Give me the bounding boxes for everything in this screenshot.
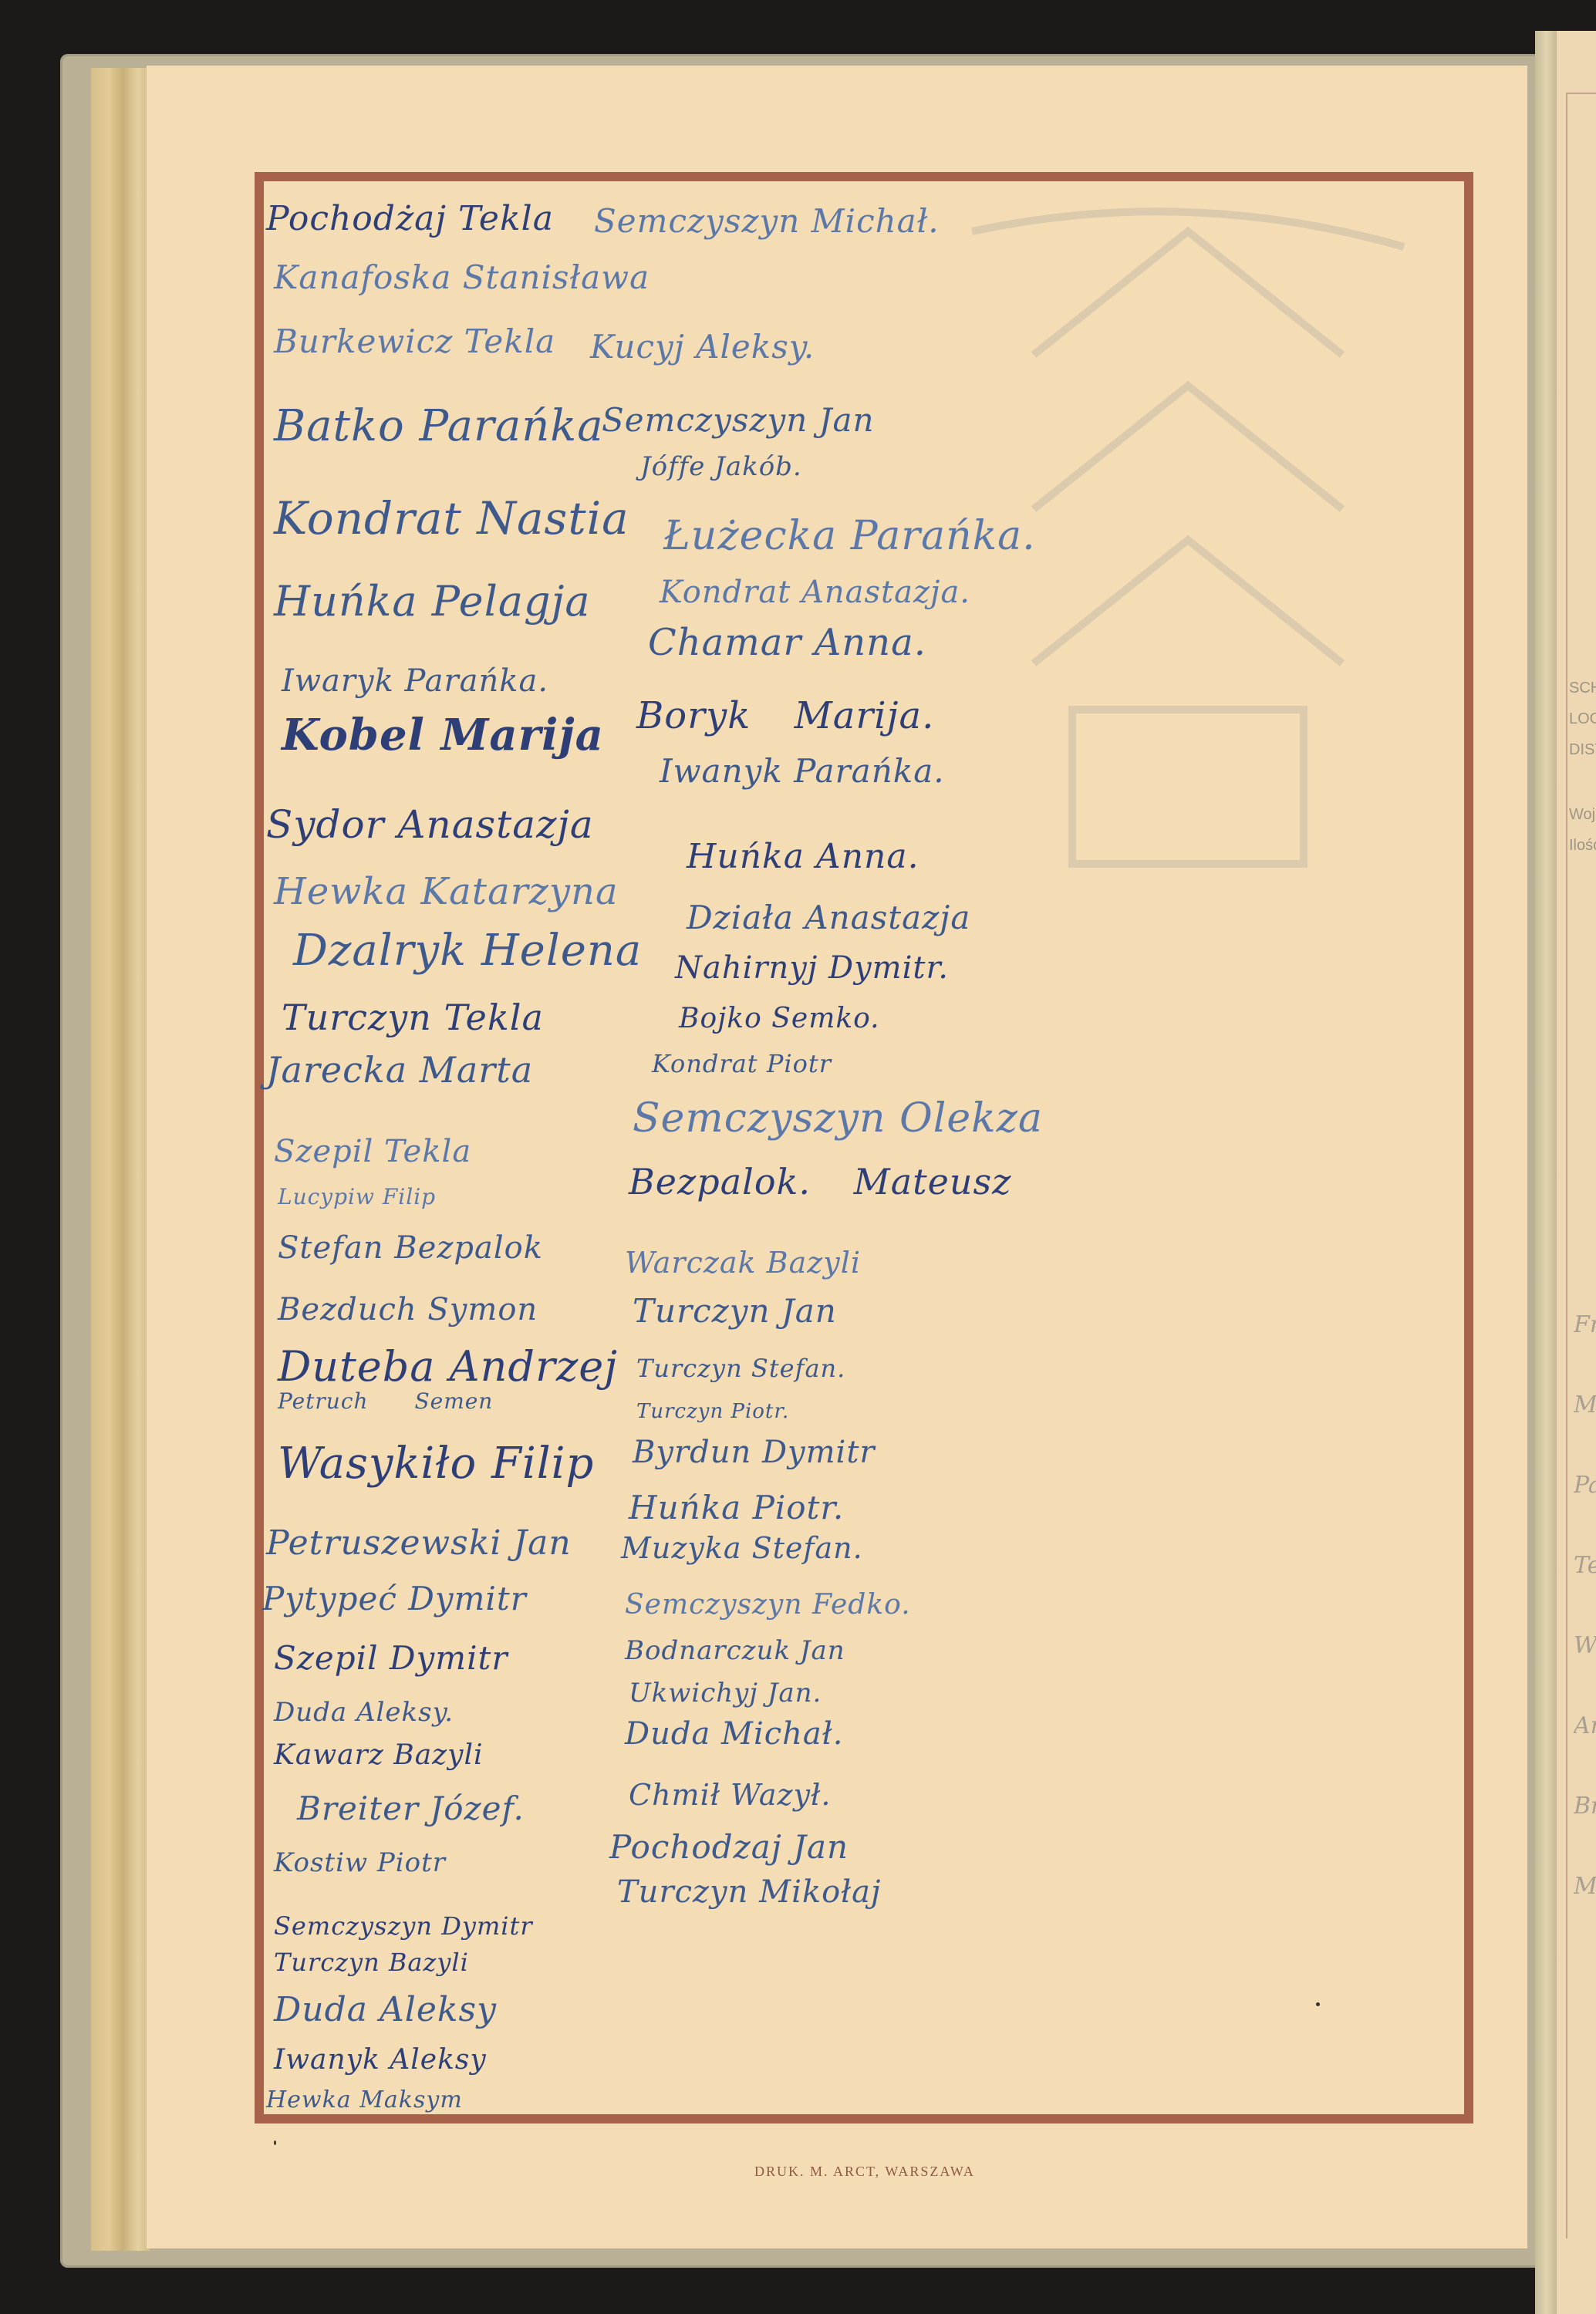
signature: Kawarz Bazyli (274, 1739, 484, 1771)
signature: Semczyszyn Michał. (594, 202, 940, 240)
signature: Hewka Maksym (266, 2086, 463, 2113)
signature: Boryk Marija. (636, 694, 934, 737)
signature: Kanafoska Stanisława (274, 258, 650, 296)
signature: Iwanyk Parańka. (660, 752, 945, 790)
signature: Turczyn Mikołaj (617, 1874, 881, 1910)
signature: Semczyszyn Jan (602, 401, 875, 439)
signature: Duda Aleksy (274, 1990, 497, 2029)
facing-name: Mich (1574, 1391, 1596, 1472)
signature: Semczyszyn Olekza (633, 1095, 1043, 1142)
signature: Petruszewski Jan (266, 1523, 572, 1563)
facing-page-labels: SCHOOL SZKOŁA LOCAL MIEJSC DISTRI POWIA … (1569, 679, 1596, 867)
page-stack-edges (91, 68, 150, 2251)
signature: Petruch Semen (278, 1388, 493, 1414)
signature: Bodnarczuk Jan (625, 1635, 845, 1666)
signature: Semczyszyn Dymitr (274, 1911, 533, 1941)
facing-label: DISTRI POWIA (1569, 740, 1596, 759)
signature: Batko Parańka (274, 401, 604, 451)
signature: Turczyn Jan (633, 1292, 837, 1330)
printer-imprint: DRUK. M. ARCT, WARSZAWA (754, 2164, 975, 2180)
signature: Pochodżaj Tekla (266, 199, 554, 238)
signature: Jarecka Marta (266, 1049, 533, 1091)
signature: Działa Anastazja (687, 899, 970, 936)
signature: Jóffe Jakób. (640, 451, 802, 482)
signature: Hewka Katarzyna (274, 870, 619, 913)
signature: Kobel Marija (282, 710, 604, 761)
signature: Wasykiło Filip (278, 1439, 594, 1489)
signature: Chmił Wazył. (629, 1778, 831, 1812)
signature: Turczyn Tekla (282, 997, 544, 1038)
signature: Kondrat Nastia (274, 492, 629, 545)
facing-name: M (1574, 1873, 1596, 1953)
signature: Muzyka Stefan. (621, 1531, 863, 1565)
signature: Sydor Anastazja (266, 802, 594, 847)
signature: Huńka Anna. (687, 837, 919, 876)
signature: Iwaryk Parańka. (282, 663, 548, 699)
signature: Stefan Bezpalok (278, 1230, 543, 1266)
signature: Pochodzaj Jan (609, 1828, 849, 1866)
book-gutter (1535, 31, 1558, 2314)
facing-name: Anna (1574, 1712, 1596, 1793)
facing-name: Pawł (1574, 1472, 1596, 1552)
signature: Huńka Piotr. (629, 1489, 844, 1526)
signature: Semczyszyn Fedko. (625, 1589, 911, 1621)
signature: Chamar Anna. (648, 621, 926, 664)
signature: Turczyn Piotr. (636, 1400, 789, 1423)
signature: Byrdun Dymitr (633, 1435, 876, 1470)
signature: Łużecka Parańka. (663, 513, 1036, 559)
signature: Warczak Bazyli (625, 1246, 861, 1280)
facing-name: Teod (1574, 1552, 1596, 1632)
signature: Breiter Józef. (297, 1789, 525, 1827)
facing-label: LOCAL MIEJSC (1569, 710, 1596, 728)
signature: Burkewicz Tekla (274, 322, 555, 360)
signature: Bojko Semko. (679, 1003, 880, 1034)
facing-name: Fra (1574, 1311, 1596, 1391)
signature: Kondrat Piotr (652, 1049, 832, 1078)
signature: Duda Michał. (625, 1716, 843, 1752)
signature: Szepil Dymitr (274, 1639, 508, 1677)
signature: Dzalryk Helena (293, 926, 642, 976)
facing-label: Ilość (1569, 836, 1596, 855)
facing-page-names: Fra Mich Pawł Teod Wojc Anna Bron M (1574, 1311, 1596, 1953)
signature: Duda Aleksy. (274, 1697, 454, 1728)
signature: Duteba Andrzej (278, 1342, 618, 1391)
signature: Szepil Tekla (274, 1134, 471, 1169)
signature: Turczyn Bazyli (274, 1948, 469, 1977)
facing-label: Wojew (1569, 805, 1596, 824)
signature: Turczyn Stefan. (636, 1354, 845, 1383)
signature: Bezduch Symon (278, 1292, 538, 1327)
signature: Huńka Pelagja (274, 577, 591, 626)
signature: Nahirnyj Dymitr. (675, 950, 949, 986)
signature: Bezpalok. Mateusz (629, 1161, 1011, 1203)
facing-label: SCHOOL SZKOŁA (1569, 679, 1596, 697)
facing-name: Bron (1574, 1793, 1596, 1873)
ink-speck (274, 2140, 276, 2145)
signature: Lucypiw Filip (278, 1184, 436, 1209)
signature: Pytypeć Dymitr (262, 1580, 527, 1617)
signature: Kucyj Aleksy. (590, 328, 815, 366)
signature: Iwanyk Aleksy (274, 2044, 487, 2076)
signature: Ukwichyj Jan. (629, 1678, 822, 1709)
facing-name: Wojc (1574, 1632, 1596, 1712)
signature: Kondrat Anastazja. (660, 575, 970, 610)
signature: Kostiw Piotr (274, 1847, 446, 1878)
ink-speck (1316, 2002, 1320, 2006)
